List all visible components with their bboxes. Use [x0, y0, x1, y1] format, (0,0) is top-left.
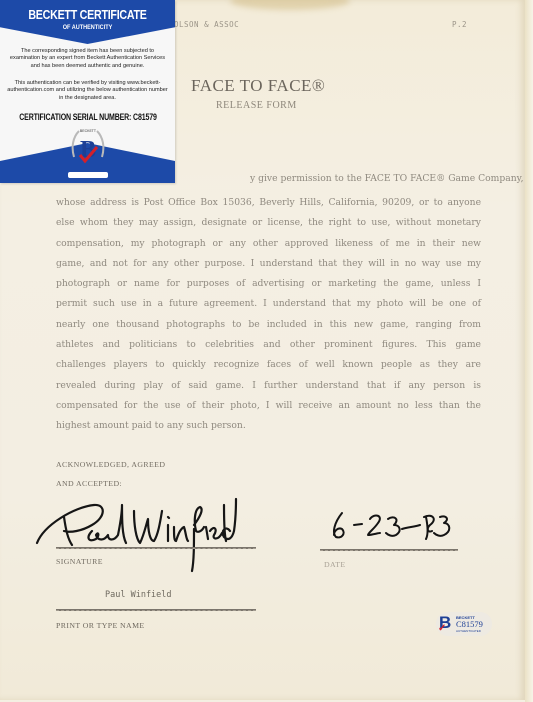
print-name-line	[56, 609, 256, 611]
handwritten-date: 6-23-93	[328, 509, 468, 545]
date-label: DATE	[324, 560, 346, 569]
sticker-serial: C81579	[456, 619, 483, 629]
signature-line	[56, 547, 256, 549]
release-body-text: whose address is Post Office Box 15036, …	[56, 193, 481, 437]
beckett-logo-icon: BECKETT B	[71, 127, 105, 173]
sticker-footer: AUTHENTICATED	[456, 629, 481, 633]
document-title: FACE TO FACE®	[191, 76, 325, 96]
paper-edge	[525, 0, 533, 702]
typed-name: Paul Winfield	[105, 590, 172, 600]
serial-label: CERTIFICATION SERIAL NUMBER:	[19, 112, 131, 122]
body-line: compensated for the use of their photo, …	[56, 396, 481, 416]
certificate-serial: CERTIFICATION SERIAL NUMBER: C81579	[19, 112, 156, 122]
certificate-subtitle: OF AUTHENTICITY	[13, 24, 162, 31]
body-line: photograph or name for purposes of adver…	[56, 274, 481, 294]
body-first-line: y give permission to the FACE TO FACE® G…	[250, 173, 481, 184]
accepted-label: AND ACCEPTED:	[56, 479, 122, 488]
body-line: compensation, my photograph or any other…	[56, 234, 481, 254]
date-line	[320, 549, 458, 551]
body-line: game, and not for any other purpose. I u…	[56, 254, 481, 274]
signature-label: SIGNATURE	[56, 557, 103, 566]
certificate-logo-ribbon	[68, 172, 108, 178]
body-line: athletes and politicians to celebrities …	[56, 335, 481, 355]
body-line: challenges players to quickly recognize …	[56, 355, 481, 375]
body-line: highest amount paid to any such person.	[56, 416, 481, 436]
body-line: nearly one thousand photographs to be in…	[56, 315, 481, 335]
certificate-title: BECKETT CERTIFICATE	[16, 7, 160, 22]
certificate-paragraph-1: The corresponding signed item has been s…	[6, 48, 169, 70]
beckett-certificate: BECKETT CERTIFICATE OF AUTHENTICITY The …	[0, 0, 175, 183]
check-icon: ✓	[438, 623, 446, 634]
body-line: permit such use in a future agreement. I…	[56, 294, 481, 314]
svg-text:BECKETT: BECKETT	[80, 129, 97, 133]
print-name-label: PRINT OR TYPE NAME	[56, 621, 145, 630]
fax-sender: OLSON & ASSOC	[174, 20, 239, 29]
fax-page-number: P.2	[452, 20, 467, 29]
body-line: else whom they may assign, designate or …	[56, 213, 481, 233]
body-line: whose address is Post Office Box 15036, …	[56, 193, 481, 213]
beckett-authentication-sticker: B ✓ BECKETT C81579 AUTHENTICATED	[436, 612, 492, 636]
acknowledged-label: ACKNOWLEDGED, AGREED	[56, 460, 165, 469]
document-subtitle: RELEASE FORM	[216, 100, 297, 111]
body-line: revealed during play of said game. I fur…	[56, 376, 481, 396]
certificate-paragraph-2: This authentication can be verified by v…	[6, 80, 169, 102]
serial-number: C81579	[133, 112, 157, 122]
